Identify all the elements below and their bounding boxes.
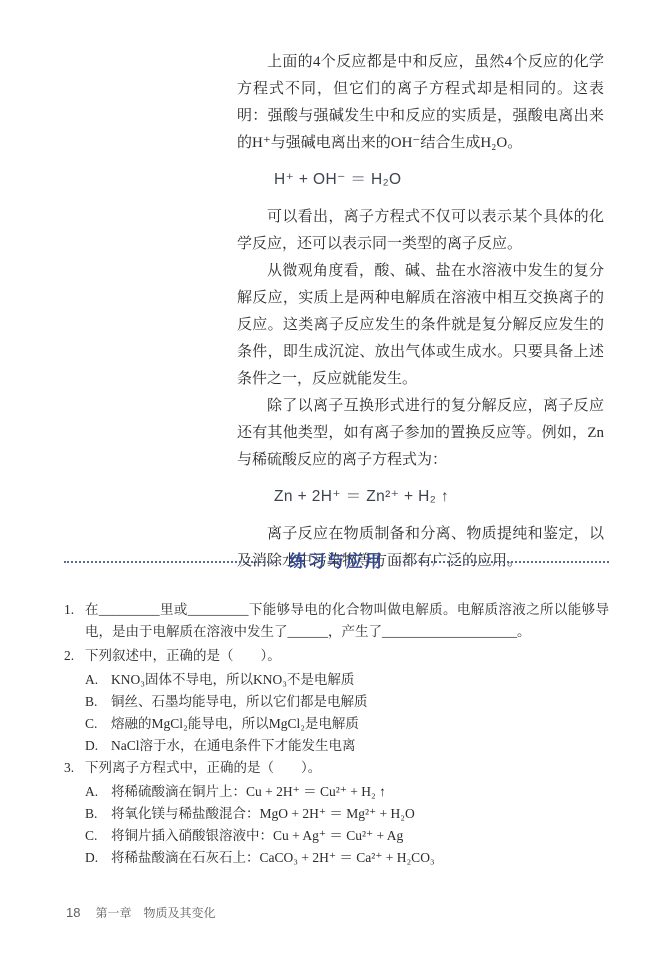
question-1: 1. 在_________里或_________下能够导电的化合物叫做电解质。电…	[64, 599, 609, 643]
dotted-rule-left	[64, 561, 277, 563]
paragraph-neutralization: 上面的4个反应都是中和反应，虽然4个反应的化学方程式不同，但它们的离子方程式却是…	[237, 49, 604, 157]
main-text-column: 上面的4个反应都是中和反应，虽然4个反应的化学方程式不同，但它们的离子方程式却是…	[237, 49, 604, 575]
question-3-option-a: A. 将稀硫酸滴在铜片上：Cu + 2H⁺ ＝ Cu²⁺ + H₂ ↑	[85, 781, 609, 803]
option-label: D.	[85, 735, 111, 757]
chapter-title: 物质及其变化	[143, 904, 215, 921]
option-text: 熔融的MgCl₂能导电，所以MgCl₂是电解质	[111, 713, 609, 735]
dotted-rule-right	[396, 561, 609, 563]
option-label: C.	[85, 825, 111, 847]
option-text: 铜丝、石墨均能导电，所以它们都是电解质	[111, 691, 609, 713]
option-text: 将稀硫酸滴在铜片上：Cu + 2H⁺ ＝ Cu²⁺ + H₂ ↑	[111, 781, 609, 803]
equation-zn-acid: Zn + 2H⁺ ＝ Zn²⁺ + H₂ ↑	[274, 486, 604, 508]
question-2: 2. 下列叙述中，正确的是（ ）。	[64, 645, 609, 667]
textbook-page: 上面的4个反应都是中和反应，虽然4个反应的化学方程式不同，但它们的离子方程式却是…	[0, 0, 647, 954]
exercises-header: 练习与应用	[64, 551, 609, 573]
question-2-number: 2.	[64, 645, 85, 667]
option-label: D.	[85, 847, 111, 869]
question-2-options: A. KNO₃固体不导电，所以KNO₃不是电解质 B. 铜丝、石墨均能导电，所以…	[64, 669, 609, 757]
option-label: C.	[85, 713, 111, 735]
question-1-text: 在_________里或_________下能够导电的化合物叫做电解质。电解质溶…	[85, 599, 609, 643]
paragraph-other-types: 除了以离子互换形式进行的复分解反应，离子反应还有其他类型，如有离子参加的置换反应…	[237, 393, 604, 474]
exercises-title: 练习与应用	[289, 551, 384, 573]
question-2-option-c: C. 熔融的MgCl₂能导电，所以MgCl₂是电解质	[85, 713, 609, 735]
chapter-label: 第一章	[95, 904, 131, 921]
question-3-options: A. 将稀硫酸滴在铜片上：Cu + 2H⁺ ＝ Cu²⁺ + H₂ ↑ B. 将…	[64, 781, 609, 869]
option-label: B.	[85, 691, 111, 713]
option-text: KNO₃固体不导电，所以KNO₃不是电解质	[111, 669, 609, 691]
page-number: 18	[66, 905, 80, 920]
question-3-number: 3.	[64, 757, 85, 779]
equation-h-oh-water: H⁺ + OH⁻ ＝ H₂O	[274, 169, 604, 191]
option-text: 将氧化镁与稀盐酸混合：MgO + 2H⁺ ＝ Mg²⁺ + H₂O	[111, 803, 609, 825]
question-3-option-b: B. 将氧化镁与稀盐酸混合：MgO + 2H⁺ ＝ Mg²⁺ + H₂O	[85, 803, 609, 825]
option-text: 将稀盐酸滴在石灰石上：CaCO₃ + 2H⁺ ＝ Ca²⁺ + H₂CO₃	[111, 847, 609, 869]
option-label: B.	[85, 803, 111, 825]
question-2-option-d: D. NaCl溶于水，在通电条件下才能发生电离	[85, 735, 609, 757]
option-text: 将铜片插入硝酸银溶液中：Cu + Ag⁺ ＝ Cu²⁺ + Ag	[111, 825, 609, 847]
paragraph-micro-view: 从微观角度看，酸、碱、盐在水溶液中发生的复分解反应，实质上是两种电解质在溶液中相…	[237, 258, 604, 393]
question-2-option-a: A. KNO₃固体不导电，所以KNO₃不是电解质	[85, 669, 609, 691]
question-2-text: 下列叙述中，正确的是（ ）。	[85, 645, 609, 667]
question-3-text: 下列离子方程式中，正确的是（ ）。	[85, 757, 609, 779]
paragraph-ionic-equation-meaning: 可以看出，离子方程式不仅可以表示某个具体的化学反应，还可以表示同一类型的离子反应…	[237, 204, 604, 258]
question-3-option-c: C. 将铜片插入硝酸银溶液中：Cu + Ag⁺ ＝ Cu²⁺ + Ag	[85, 825, 609, 847]
option-label: A.	[85, 781, 111, 803]
exercises-section: 练习与应用 1. 在_________里或_________下能够导电的化合物叫…	[64, 551, 609, 869]
page-footer: 18 第一章 物质及其变化	[66, 904, 216, 921]
question-1-number: 1.	[64, 599, 85, 643]
option-text: NaCl溶于水，在通电条件下才能发生电离	[111, 735, 609, 757]
question-3: 3. 下列离子方程式中，正确的是（ ）。	[64, 757, 609, 779]
option-label: A.	[85, 669, 111, 691]
question-3-option-d: D. 将稀盐酸滴在石灰石上：CaCO₃ + 2H⁺ ＝ Ca²⁺ + H₂CO₃	[85, 847, 609, 869]
question-2-option-b: B. 铜丝、石墨均能导电，所以它们都是电解质	[85, 691, 609, 713]
